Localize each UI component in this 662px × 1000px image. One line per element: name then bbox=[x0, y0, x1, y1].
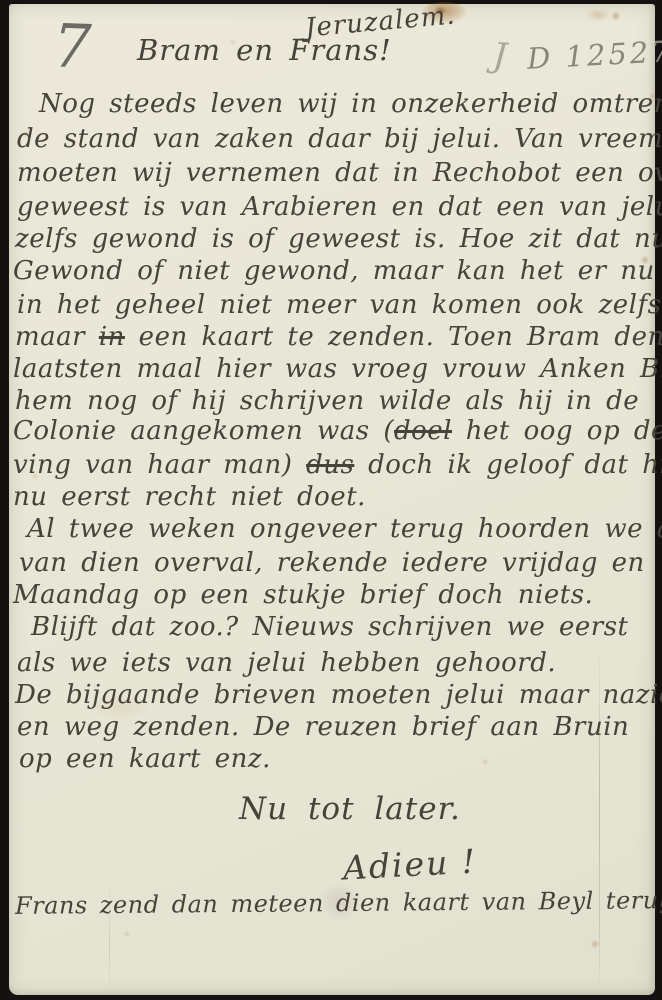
letter-line: zelfs gewond is of geweest is. Hoe zit d… bbox=[15, 225, 662, 255]
foxing-spots bbox=[9, 4, 13, 8]
letter-line: geweest is van Arabieren en dat een van … bbox=[17, 193, 662, 223]
letter-line: in het geheel niet meer van komen ook ze… bbox=[17, 291, 661, 321]
letter-page: 7 J D 12527 Jeruzalem. Bram en Frans! No… bbox=[9, 4, 655, 995]
crossed-out-word: in bbox=[99, 322, 125, 352]
scanned-letter-photo: 7 J D 12527 Jeruzalem. Bram en Frans! No… bbox=[0, 0, 662, 1000]
letter-signoff: Adieu ! bbox=[342, 843, 478, 888]
letter-line: Gewond of niet gewond, maar kan het er n… bbox=[13, 257, 655, 287]
letter-line: van dien overval, rekende iedere vrijdag… bbox=[19, 549, 645, 579]
letter-line: laatsten maal hier was vroeg vrouw Anken… bbox=[13, 355, 662, 385]
letter-line: Nog steeds leven wij in onzekerheid omtr… bbox=[39, 90, 662, 120]
archival-number: D 12527 bbox=[526, 34, 662, 76]
letter-line: Al twee weken ongeveer terug hoorden we … bbox=[27, 515, 662, 545]
letter-line-text: Colonie aangekomen was ( bbox=[13, 416, 394, 446]
letter-line: hem nog of hij schrijven wilde als hij i… bbox=[15, 387, 639, 417]
letter-line-text: maar bbox=[15, 322, 99, 352]
letter-line: ving van haar man) dus doch ik geloof da… bbox=[13, 451, 662, 481]
letter-closing: Nu tot later. bbox=[239, 792, 461, 828]
letter-line: Colonie aangekomen was (doel het oog op … bbox=[13, 417, 662, 447]
letter-line-text: doch ik geloof dat hij het bbox=[354, 450, 662, 480]
letter-line-text: het oog op de uitro, bbox=[452, 416, 662, 446]
letter-line: op een kaart enz. bbox=[19, 745, 271, 775]
crossed-out-word: dus bbox=[306, 450, 354, 480]
crossed-out-word: doel bbox=[394, 416, 452, 446]
letter-line: Maandag op een stukje brief doch niets. bbox=[13, 581, 593, 611]
letter-line: moeten wij vernemen dat in Rechobot een … bbox=[17, 159, 662, 189]
letter-line: maar in een kaart te zenden. Toen Bram d… bbox=[15, 323, 662, 353]
letter-line: de stand van zaken daar bij jelui. Van v… bbox=[17, 125, 662, 155]
pencil-mark-j: J bbox=[492, 36, 508, 77]
letter-line-text: ving van haar man) bbox=[13, 450, 306, 480]
pencil-page-number: 7 bbox=[52, 11, 93, 82]
letter-line-text: een kaart te zenden. Toen Bram den bbox=[125, 322, 662, 352]
letter-line: als we iets van jelui hebben gehoord. bbox=[17, 649, 556, 679]
letter-line: Blijft dat zoo.? Nieuws schrijven we eer… bbox=[31, 613, 629, 643]
paper-stain bbox=[585, 8, 611, 22]
letter-line: De bijgaande brieven moeten jelui maar n… bbox=[15, 681, 662, 711]
letter-postscript: Frans zend dan meteen dien kaart van Bey… bbox=[15, 887, 662, 920]
letter-salutation: Bram en Frans! bbox=[137, 34, 392, 67]
letter-line: nu eerst recht niet doet. bbox=[13, 483, 366, 513]
letter-line: en weg zenden. De reuzen brief aan Bruin bbox=[17, 713, 629, 743]
